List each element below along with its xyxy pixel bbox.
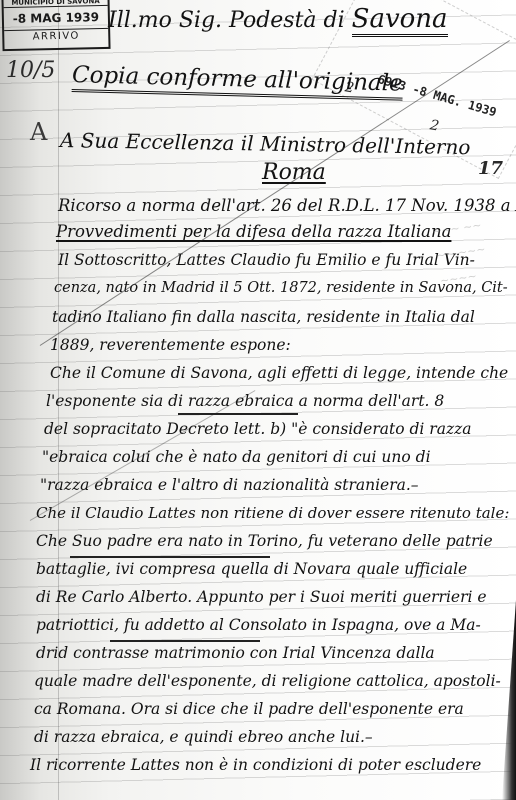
underline-suo-padre bbox=[70, 556, 270, 558]
arrival-stamp-date: -8 MAG 1939 bbox=[4, 6, 108, 31]
addressee-prefix: Ill.mo Sig. Podestà di bbox=[108, 8, 352, 33]
body-line: ca Romana. Ora si dice che il padre dell… bbox=[34, 700, 464, 718]
document-page: MUNICIPIO DI SAVONA -8 MAG 1939 ARRIVO 6… bbox=[0, 0, 516, 800]
arrival-stamp-label: ARRIVO bbox=[4, 29, 108, 45]
margin-note-a: A bbox=[30, 118, 47, 146]
body-line: battaglie, ivi compresa quella di Novara… bbox=[36, 560, 467, 578]
margin-note-ref: 10/5 bbox=[6, 58, 55, 83]
body-line: "razza ebraica e l'altro di nazionalità … bbox=[40, 476, 419, 494]
body-line: tadino Italiano fin dalla nascita, resid… bbox=[52, 308, 475, 326]
underline-razza-ebraica bbox=[178, 413, 298, 415]
body-line: Il Sottoscritto, Lattes Claudio fu Emili… bbox=[58, 251, 475, 269]
body-line: del sopracitato Decreto lett. b) "è cons… bbox=[44, 420, 472, 438]
body-line: Che il Comune di Savona, agli effetti di… bbox=[50, 364, 508, 382]
margin-note-right: 17 bbox=[478, 158, 503, 179]
body-line: quale madre dell'esponente, di religione… bbox=[34, 672, 501, 690]
body-line: Che il Claudio Lattes non ritiene di dov… bbox=[36, 504, 509, 522]
body-line: Che Suo padre era nato in Torino, fu vet… bbox=[36, 532, 493, 550]
body-line: di Re Carlo Alberto. Appunto per i Suoi … bbox=[36, 588, 487, 606]
addressee-line: Ill.mo Sig. Podestà di Savona bbox=[108, 4, 448, 34]
body-line: patriottici, fu addetto al Consolato in … bbox=[36, 616, 481, 634]
arrival-stamp: MUNICIPIO DI SAVONA -8 MAG 1939 ARRIVO bbox=[1, 0, 110, 51]
body-line: drid contrasse matrimonio con Irial Vinc… bbox=[36, 644, 435, 662]
subject-line-2: Provvedimenti per la difesa della razza … bbox=[56, 222, 451, 241]
body-line: 1889, reverentemente espone: bbox=[50, 336, 291, 354]
body-line: "ebraica colui che è nato da genitori di… bbox=[42, 448, 431, 466]
body-line: di razza ebraica, e quindi ebreo anche l… bbox=[34, 728, 373, 746]
subject-line-1: Ricorso a norma dell'art. 26 del R.D.L. … bbox=[58, 196, 516, 215]
body-line: Il ricorrente Lattes non è in condizioni… bbox=[30, 756, 481, 774]
addressee-city: Savona bbox=[352, 4, 448, 37]
recipient-city: Roma bbox=[262, 160, 326, 185]
underline-consolato bbox=[110, 640, 260, 642]
